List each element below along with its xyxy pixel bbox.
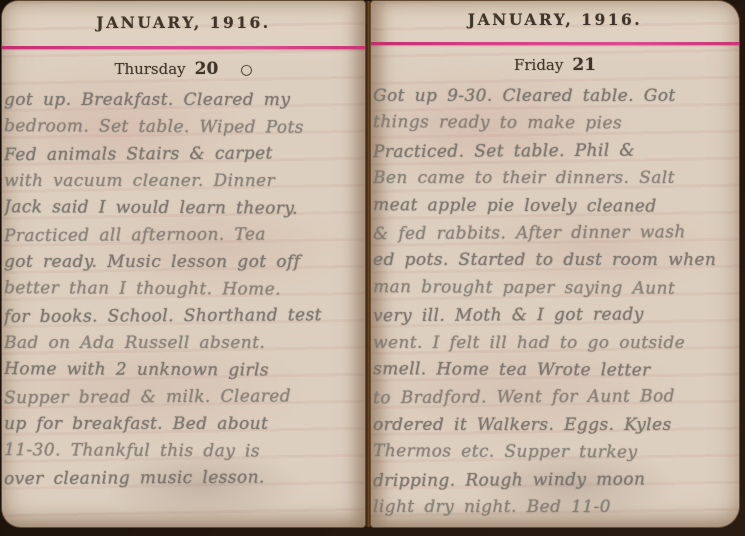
diary-page-thursday: JANUARY, 1916. Thursday20○ got up. Break… (2, 1, 365, 527)
handwritten-line: for books. School. Shorthand test (4, 302, 364, 331)
handwritten-line: over cleaning music lesson. (4, 464, 364, 493)
handwritten-line: Fed animals Stairs & carpet (4, 140, 364, 169)
diary-book: JANUARY, 1916. Thursday20○ got up. Break… (2, 1, 739, 527)
handwritten-line: Home with 2 unknown girls (4, 356, 364, 385)
handwritten-line: dripping. Rough windy moon (373, 466, 738, 496)
handwritten-line: Bad on Ada Russell absent. (4, 330, 364, 357)
day-line-thursday: Thursday20○ (2, 59, 365, 79)
handwritten-line: Ben came to their dinners. Salt (373, 165, 738, 192)
diary-page-friday: JANUARY, 1916. Friday21 Got up 9-30. Cle… (371, 1, 739, 527)
day-number: 20 (195, 59, 219, 79)
handwritten-line: Jack said I would learn theory. (4, 194, 364, 223)
diary-entry-friday: Got up 9-30. Cleared table. Gotthings re… (371, 83, 739, 522)
month-header-right: JANUARY, 1916. (371, 10, 739, 29)
pink-rule-right (371, 42, 739, 45)
handwritten-line: very ill. Moth & I got ready (373, 301, 738, 331)
handwritten-line: to Bradford. Went for Aunt Bod (373, 383, 738, 413)
handwritten-line: Practiced all afternoon. Tea (4, 221, 364, 250)
handwritten-line: got up. Breakfast. Cleared my (4, 87, 364, 114)
handwritten-line: & fed rabbits. After dinner wash (373, 219, 738, 249)
handwritten-line: things ready to make pies (373, 109, 738, 138)
day-number: 21 (572, 55, 596, 75)
handwritten-line: bedroom. Set table. Wiped Pots (4, 113, 364, 142)
handwritten-line: Practiced. Set table. Phil & (373, 137, 738, 167)
pink-rule-left (2, 46, 365, 49)
handwritten-line: Thermos etc. Supper turkey (373, 438, 738, 467)
moon-phase-icon: ○ (240, 62, 252, 78)
handwritten-line: with vacuum cleaner. Dinner (4, 168, 364, 195)
handwritten-line: got ready. Music lesson got off (4, 249, 364, 276)
handwritten-line: meat apple pie lovely cleaned (373, 192, 738, 221)
month-header-left: JANUARY, 1916. (2, 13, 365, 32)
day-line-friday: Friday21 (371, 55, 739, 75)
weekday-label: Friday (514, 56, 563, 74)
handwritten-line: ordered it Walkers. Eggs. Kyles (373, 412, 738, 439)
weekday-label: Thursday (114, 60, 185, 78)
handwritten-line: Supper bread & milk. Cleared (4, 383, 364, 412)
handwritten-line: Got up 9-30. Cleared table. Got (373, 83, 738, 110)
handwritten-line: smell. Home tea Wrote letter (373, 356, 738, 385)
handwritten-line: man brought paper saying Aunt (373, 274, 738, 303)
diary-entry-thursday: got up. Breakfast. Cleared mybedroom. Se… (2, 87, 365, 492)
handwritten-line: better than I thought. Home. (4, 275, 364, 304)
handwritten-line: light dry night. Bed 11-0 (373, 494, 738, 521)
handwritten-line: ed pots. Started to dust room when (373, 247, 738, 274)
handwritten-line: up for breakfast. Bed about (4, 411, 364, 438)
handwritten-line: went. I felt ill had to go outside (373, 330, 738, 357)
handwritten-line: 11-30. Thankful this day is (4, 437, 364, 466)
